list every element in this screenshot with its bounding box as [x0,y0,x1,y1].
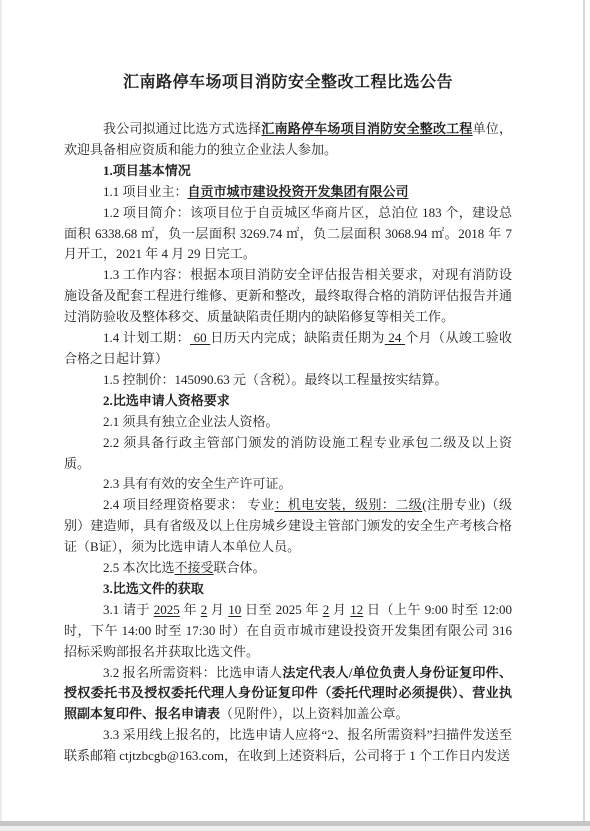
text-segment: 日至 2025 年 [241,602,323,617]
section-heading: 2.比选申请人资格要求 [64,391,512,412]
paragraph: 2.3 具有有效的安全生产许可证。 [64,474,512,495]
paragraph: 1.5 控制价：145090.63 元（含税）。最终以工程量按实结算。 [64,370,512,391]
text-segment: 2025 [154,602,180,617]
text-segment: 我公司拟通过比选方式选择 [103,121,261,136]
text-segment: 汇南路停车场项目消防安全整改工程 [261,121,472,136]
paragraph: 1.4 计划工期： 60 日历天内完成；缺陷责任期为 24 个月（从竣工验收合格… [64,328,512,370]
text-segment: 3.2 报名所需资料：比选申请人 [103,665,282,680]
text-segment: 12 [350,602,363,617]
text-segment: 1.3 工作内容：根据本项目消防安全评估报告相关要求，对现有消防设施设备及配套工… [64,267,512,324]
page-edge-left [0,0,2,831]
page-edge-right [583,0,585,831]
text-segment: （见附件），以上资料加盖公章。 [220,706,409,721]
text-segment: 2.3 具有有效的安全生产许可证。 [103,476,292,491]
paragraph: 2.2 须具备行政主管部门颁发的消防设施工程专业承包二级及以上资质。 [64,433,512,475]
text-segment: 1.项目基本情况 [103,163,191,178]
document-body: 我公司拟通过比选方式选择汇南路停车场项目消防安全整改工程单位，欢迎具备相应资质和… [64,119,512,767]
section-heading: 3.比选文件的获取 [64,579,512,600]
text-segment: 2.5 本次比选 [103,560,175,575]
text-segment: 月 [329,602,350,617]
paragraph: 1.2 项目简介：该项目位于自贡城区华商片区，总泊位 183 个，建设总面积 6… [64,203,512,266]
text-segment: 3.比选文件的获取 [103,581,204,596]
paragraph: 3.2 报名所需资料：比选申请人法定代表人/单位负责人身份证复印件、授权委托书及… [64,663,512,726]
text-segment: 自贡市城市建设投资开发集团有限公司 [188,184,409,199]
text-segment: 24 [385,330,405,345]
text-segment: 2.4 项目经理资格要求： 专业 [103,497,274,512]
paragraph: 2.4 项目经理资格要求： 专业：机电安装，级别：二级(注册专业)（级别）建造师… [64,495,512,558]
text-segment: 1.1 项目业主： [103,184,188,199]
text-segment: 2.1 须具有独立企业法人资格。 [103,414,279,429]
text-segment: 2.2 须具备行政主管部门颁发的消防设施工程专业承包二级及以上资质。 [64,435,512,471]
page-edge-bottom-shadow [0,826,590,831]
document-content: 汇南路停车场项目消防安全整改工程比选公告 我公司拟通过比选方式选择汇南路停车场项… [64,72,512,767]
text-segment: ：机电安装，级别：二级 [274,497,422,512]
text-segment: 3.1 请于 [103,602,154,617]
text-segment: 1.4 计划工期： [103,330,190,345]
text-segment: 月 [207,602,228,617]
text-segment: 日历天内完成；缺陷责任期为 [210,330,384,345]
text-segment: 2.比选申请人资格要求 [103,393,230,408]
paragraph: 2.5 本次比选不接受联合体。 [64,558,512,579]
paragraph: 1.1 项目业主：自贡市城市建设投资开发集团有限公司 [64,182,512,203]
text-segment: 3.3 采用线上报名的，比选申请人应将“2、报名所需资料”扫描件发送至联系邮箱 … [64,727,512,763]
paragraph: 3.1 请于 2025 年 2 月 10 日至 2025 年 2 月 12 日（… [64,600,512,663]
text-segment: 联合体。 [214,560,266,575]
text-segment: 不接受 [175,560,214,575]
paragraph: 3.3 采用线上报名的，比选申请人应将“2、报名所需资料”扫描件发送至联系邮箱 … [64,725,512,767]
scanned-document-page: 汇南路停车场项目消防安全整改工程比选公告 我公司拟通过比选方式选择汇南路停车场项… [0,0,590,831]
paragraph: 2.1 须具有独立企业法人资格。 [64,412,512,433]
text-segment: 60 [190,330,210,345]
text-segment: 1.5 控制价：145090.63 元（含税）。最终以工程量按实结算。 [103,372,448,387]
paragraph: 1.3 工作内容：根据本项目消防安全评估报告相关要求，对现有消防设施设备及配套工… [64,265,512,328]
section-heading: 1.项目基本情况 [64,161,512,182]
text-segment: 1.2 项目简介：该项目位于自贡城区华商片区，总泊位 183 个，建设总面积 6… [64,205,512,262]
paragraph: 我公司拟通过比选方式选择汇南路停车场项目消防安全整改工程单位，欢迎具备相应资质和… [64,119,512,161]
text-segment: 10 [228,602,241,617]
document-title: 汇南路停车场项目消防安全整改工程比选公告 [64,72,512,94]
text-segment: 年 [180,602,201,617]
